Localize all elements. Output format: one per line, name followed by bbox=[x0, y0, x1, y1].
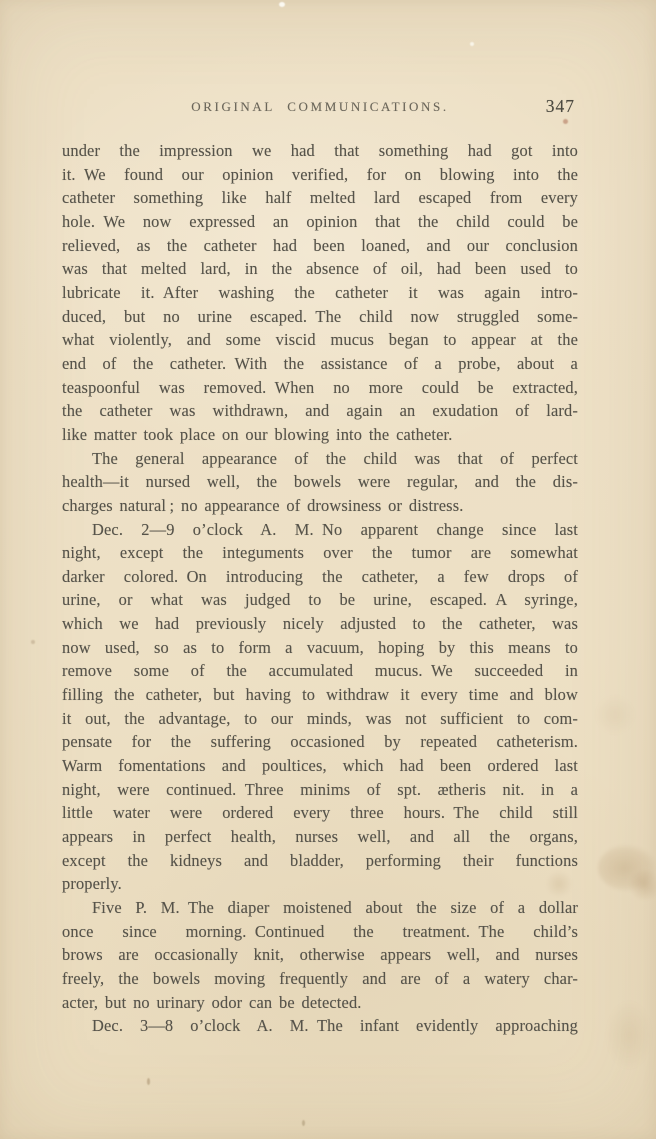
paper-speck bbox=[147, 1078, 150, 1085]
text-line: it. We found our opinion verified, for o… bbox=[62, 163, 578, 187]
text-line: freely, the bowels moving frequently and… bbox=[62, 967, 578, 991]
page-number: 347 bbox=[546, 96, 575, 117]
running-title: ORIGINAL COMMUNICATIONS. bbox=[62, 99, 578, 115]
text-line: catheter something like half melted lard… bbox=[62, 186, 578, 210]
paper-stain bbox=[595, 695, 635, 735]
body-text: under the impression we had that somethi… bbox=[62, 139, 578, 1038]
text-line: health—it nursed well, the bowels were r… bbox=[62, 470, 578, 494]
text-line: hole. We now expressed an opinion that t… bbox=[62, 210, 578, 234]
text-line: filling the catheter, but having to with… bbox=[62, 683, 578, 707]
scanned-page: ORIGINAL COMMUNICATIONS. 347 under the i… bbox=[0, 0, 656, 1139]
text-line: Dec. 2—9 o’clock A. M. No apparent chang… bbox=[62, 518, 578, 542]
text-line: little water were ordered every three ho… bbox=[62, 801, 578, 825]
text-line: lubricate it. After washing the catheter… bbox=[62, 281, 578, 305]
text-line: Five P. M. The diaper moistened about th… bbox=[62, 896, 578, 920]
text-line: darker colored. On introducing the cathe… bbox=[62, 565, 578, 589]
text-line: once since morning. Continued the treatm… bbox=[62, 920, 578, 944]
paper-speck bbox=[470, 42, 474, 46]
text-line: end of the catheter. With the assistance… bbox=[62, 352, 578, 376]
text-line: remove some of the accumulated mucus. We… bbox=[62, 659, 578, 683]
text-line: under the impression we had that somethi… bbox=[62, 139, 578, 163]
text-line: what violently, and some viscid mucus be… bbox=[62, 328, 578, 352]
text-line: teaspoonful was removed. When no more co… bbox=[62, 376, 578, 400]
text-line: The general appearance of the child was … bbox=[62, 447, 578, 471]
text-line: appears in perfect health, nurses well, … bbox=[62, 825, 578, 849]
text-line: Warm fomentations and poultices, which h… bbox=[62, 754, 578, 778]
paper-stain bbox=[628, 870, 656, 900]
paper-stain bbox=[598, 845, 656, 891]
text-line: the catheter was withdrawn, and again an… bbox=[62, 399, 578, 423]
text-line: it out, the advantage, to our minds, was… bbox=[62, 707, 578, 731]
text-line: urine, or what was judged to be urine, e… bbox=[62, 588, 578, 612]
text-line: night, were continued. Three minims of s… bbox=[62, 778, 578, 802]
text-line: Dec. 3—8 o’clock A. M. The infant eviden… bbox=[62, 1014, 578, 1038]
text-line: duced, but no urine escaped. The child n… bbox=[62, 305, 578, 329]
paper-speck bbox=[279, 2, 285, 7]
text-line: like matter took place on our blowing in… bbox=[62, 423, 578, 447]
text-line: now used, so as to form a vacuum, hoping… bbox=[62, 636, 578, 660]
text-line: properly. bbox=[62, 872, 578, 896]
text-line: night, except the integuments over the t… bbox=[62, 541, 578, 565]
paper-speck bbox=[31, 640, 35, 644]
text-line: was that melted lard, in the absence of … bbox=[62, 257, 578, 281]
text-line: pensate for the suffering occasioned by … bbox=[62, 730, 578, 754]
text-line: which we had previously nicely adjusted … bbox=[62, 612, 578, 636]
text-line: charges natural ; no appearance of drows… bbox=[62, 494, 578, 518]
text-line: acter, but no urinary odor can be detect… bbox=[62, 991, 578, 1015]
text-line: relieved, as the catheter had been loane… bbox=[62, 234, 578, 258]
page-header: ORIGINAL COMMUNICATIONS. 347 bbox=[62, 99, 578, 121]
text-line: except the kidneys and bladder, performi… bbox=[62, 849, 578, 873]
paper-stain bbox=[606, 1000, 652, 1070]
paper-speck bbox=[302, 1120, 305, 1126]
text-line: brows are occasionally knit, otherwise a… bbox=[62, 943, 578, 967]
